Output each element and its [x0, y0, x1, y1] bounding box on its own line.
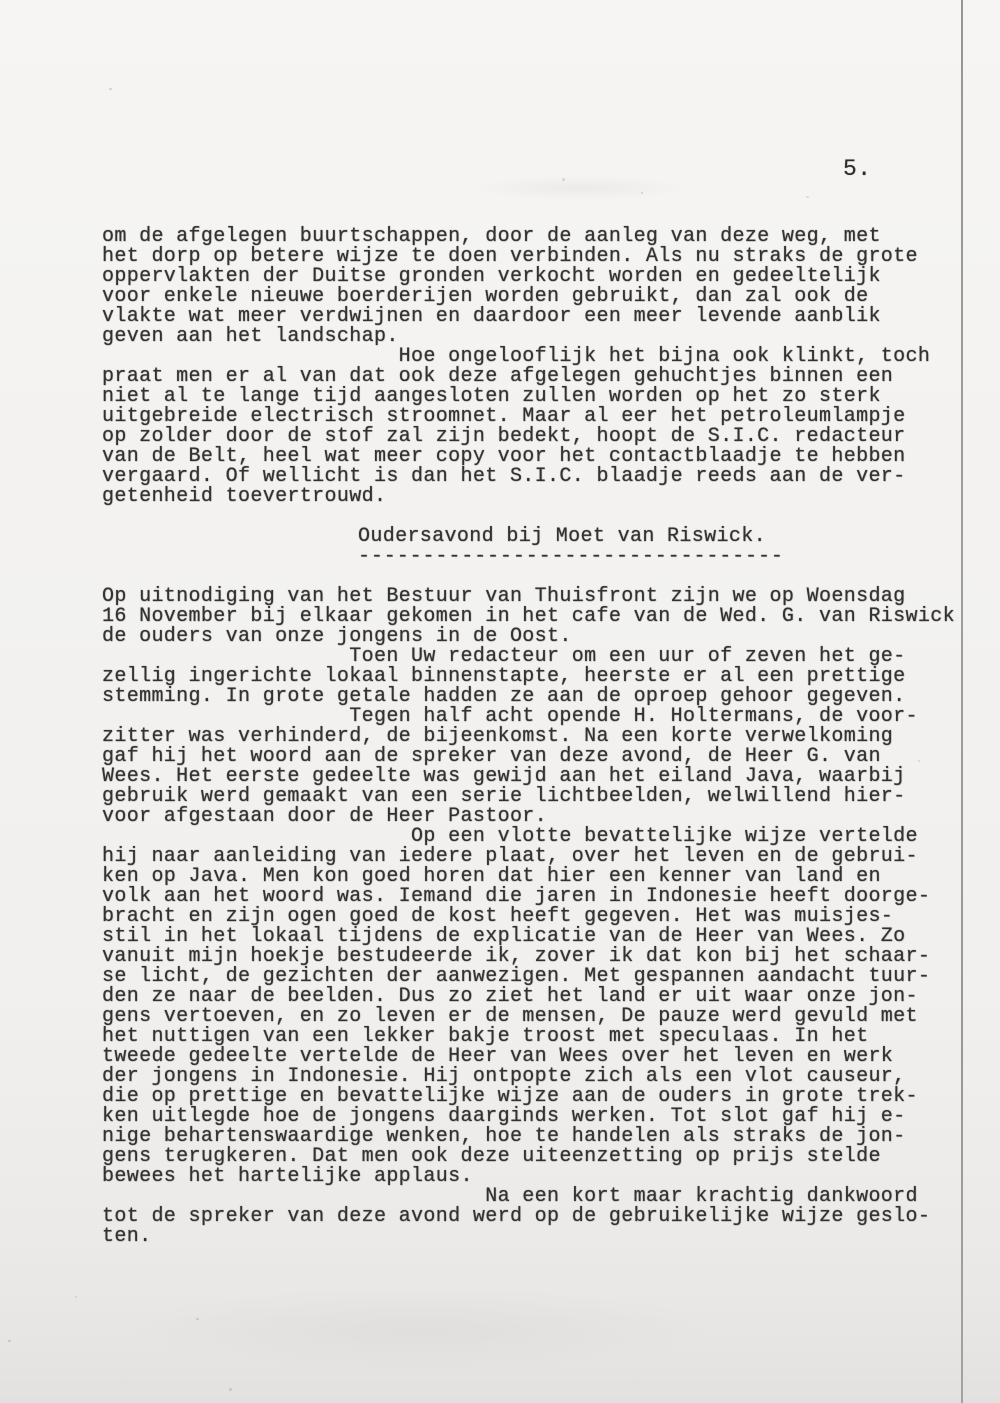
scan-speck — [229, 1388, 232, 1391]
scan-speck — [806, 196, 809, 198]
heading-underline: --------------------------------- — [358, 547, 784, 567]
page-number: 5. — [843, 156, 871, 182]
scan-speck — [562, 178, 565, 181]
scan-speck — [641, 192, 643, 194]
scan-speck — [109, 88, 112, 90]
opening-paragraphs: om de afgelegen buurtschappen, door de a… — [102, 227, 930, 507]
section-heading-block: Oudersavond bij Moet van Riswick. ------… — [358, 527, 784, 567]
document-page: 5. om de afgelegen buurtschappen, door d… — [0, 0, 1000, 1403]
scan-speck — [8, 1340, 11, 1342]
scan-speck — [196, 1318, 199, 1320]
section-body: Op uitnodiging van het Bestuur van Thuis… — [102, 587, 955, 1247]
scan-edge-line — [961, 0, 963, 1403]
scan-speck — [918, 760, 920, 762]
section-heading: Oudersavond bij Moet van Riswick. — [358, 527, 784, 547]
scan-speck — [75, 1296, 77, 1298]
